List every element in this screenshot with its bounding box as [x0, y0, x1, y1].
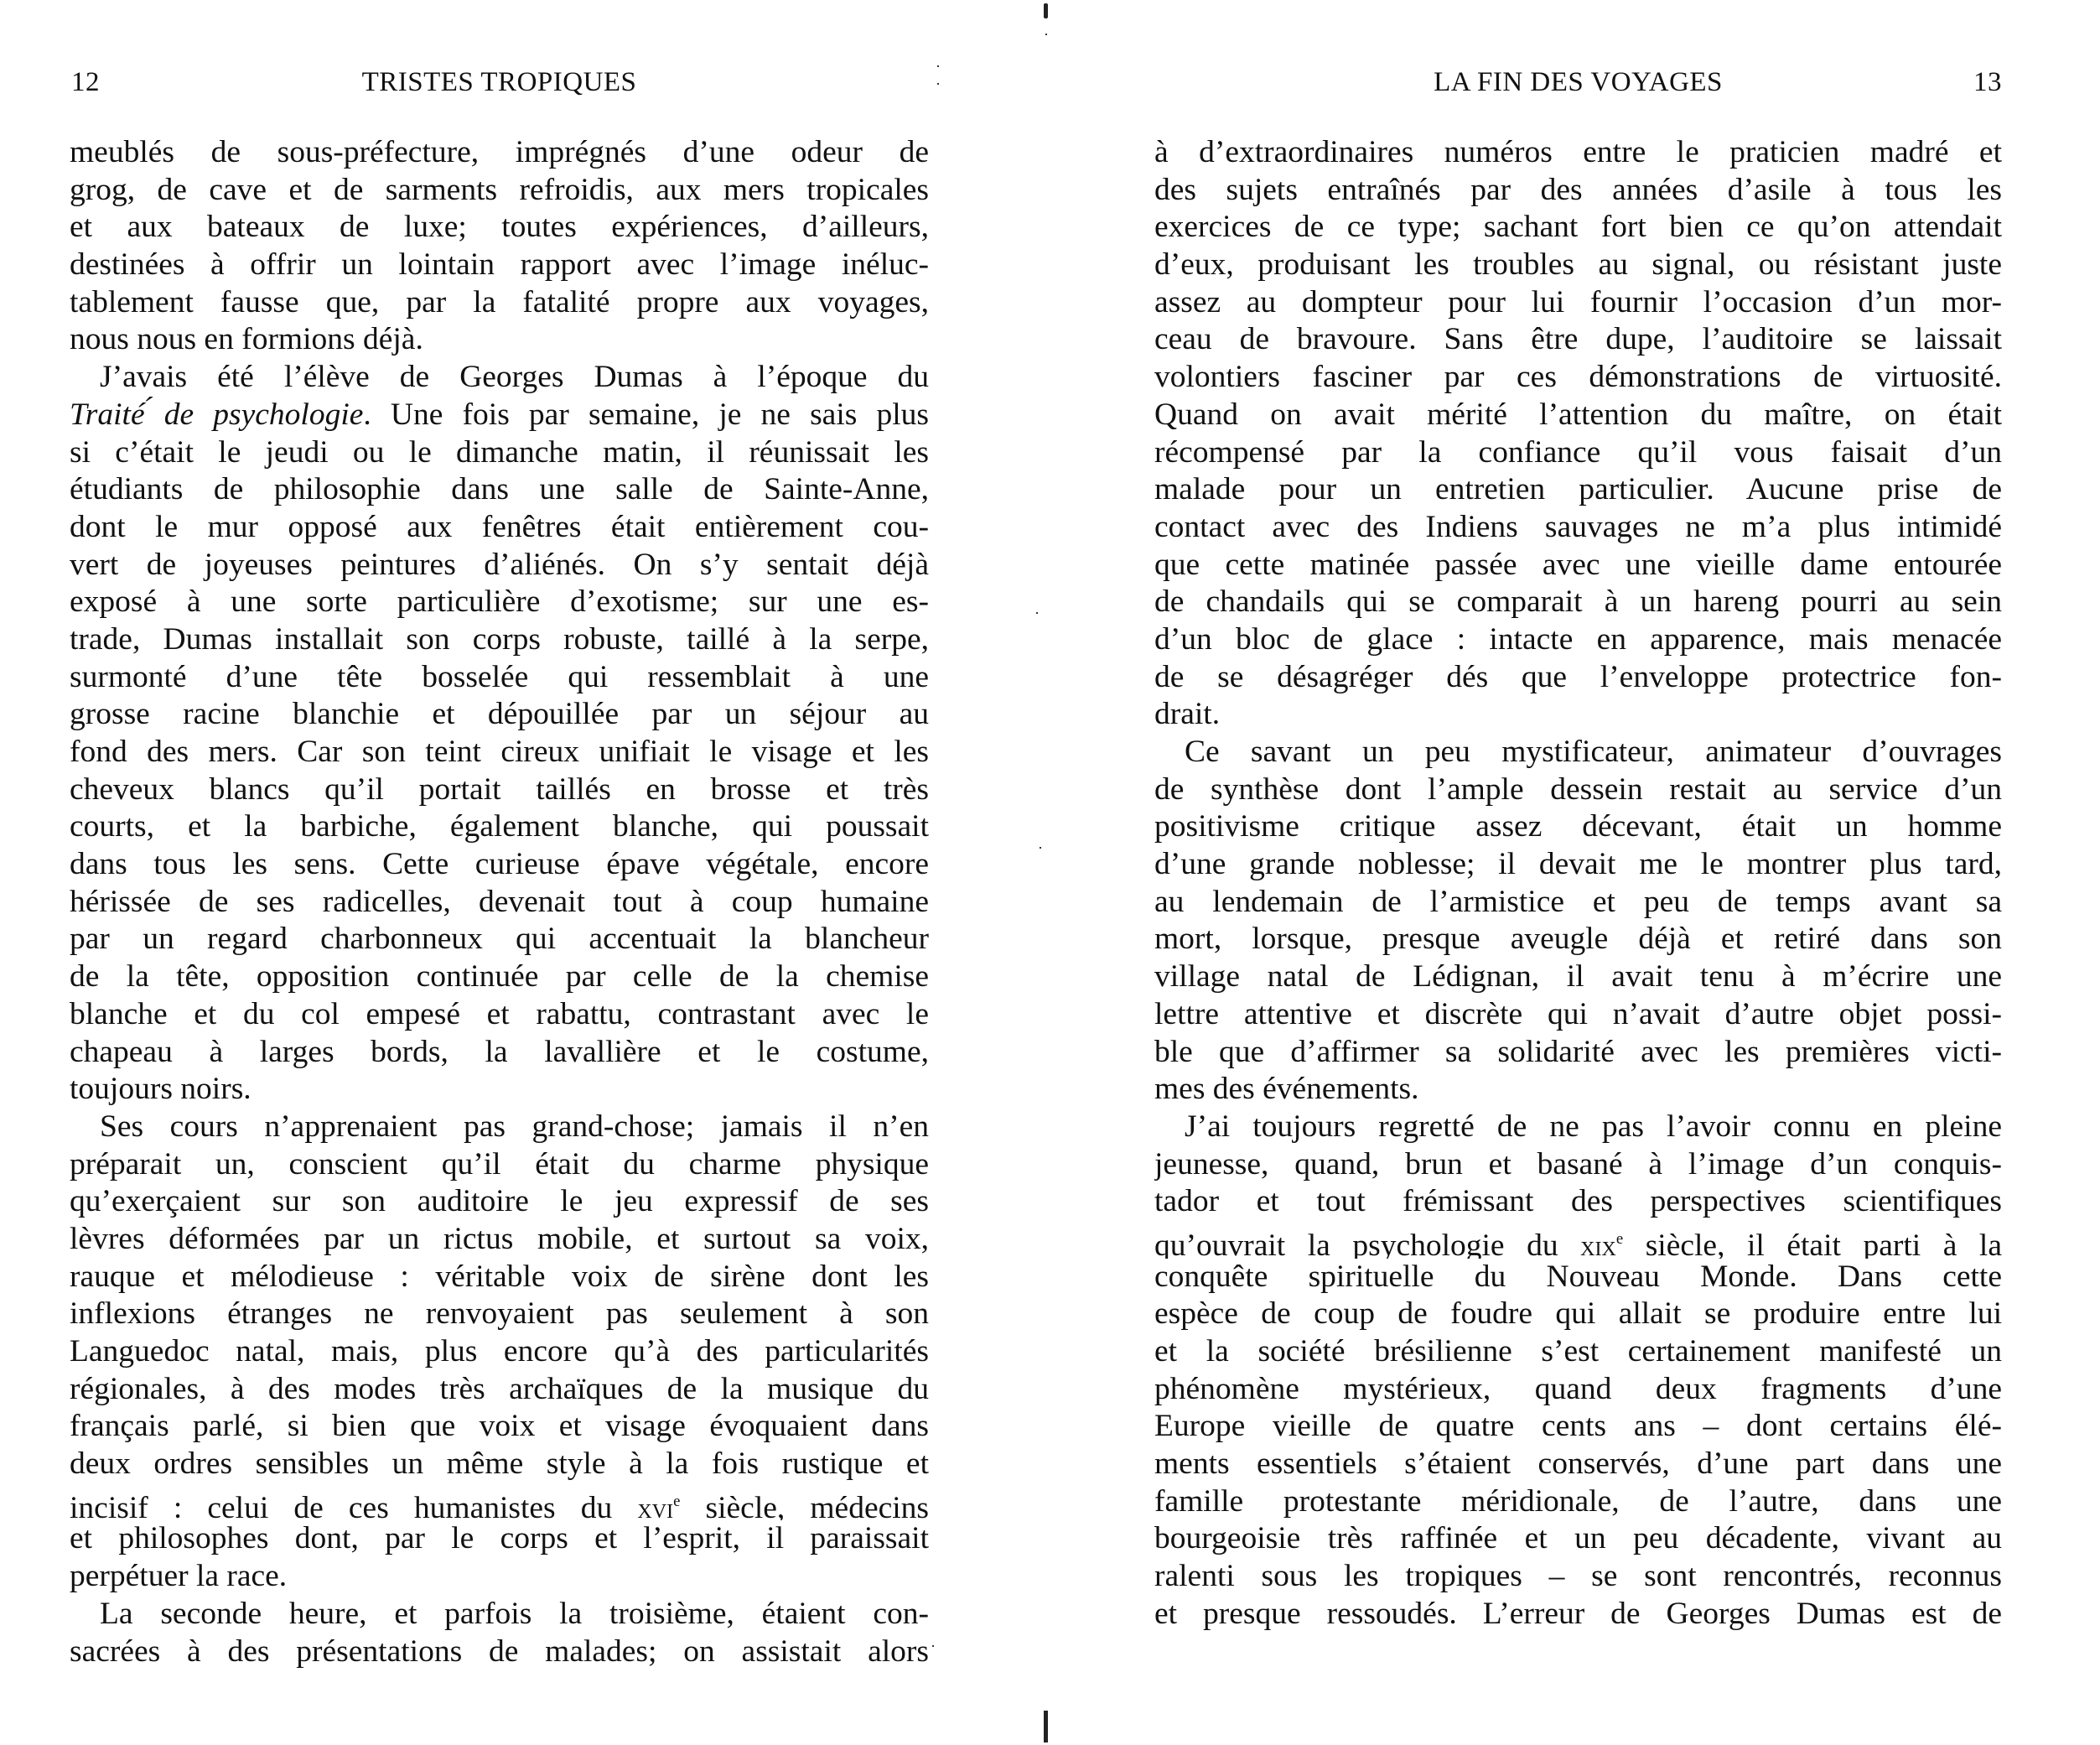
text-line: phénomène mystérieux, quand deux fragmen… [1154, 1371, 2002, 1409]
text-line: préparait un, conscient qu’il était du c… [70, 1146, 929, 1184]
text-line: récompensé par la confiance qu’il vous f… [1154, 434, 2002, 472]
text-run: positivisme critique assez décevant, éta… [1154, 809, 2002, 844]
text-run: qu’ouvrait la psychologie du [1154, 1228, 1580, 1259]
text-run: contact avec des Indiens sauvages ne m’a… [1154, 510, 2002, 544]
text-line: vert de joyeuses peintures d’aliénés. On… [70, 547, 929, 584]
text-line: Ce savant un peu mystificateur, animateu… [1154, 734, 2002, 771]
text-line: inflexions étranges ne renvoyaient pas s… [70, 1296, 929, 1333]
text-line: exercices de ce type; sachant fort bien … [1154, 209, 2002, 247]
text-sup: e [1616, 1230, 1623, 1248]
text-run: tablement fausse que, par la fatalité pr… [70, 285, 929, 319]
text-line: volontiers fasciner par ces démonstratio… [1154, 359, 2002, 397]
running-title: LA FIN DES VOYAGES [1154, 67, 2002, 98]
text-run: exercices de ce type; sachant fort bien … [1154, 210, 2002, 244]
text-run: siècle, il était parti à la [1623, 1228, 2002, 1259]
text-line: surmonté d’une tête bosselée qui ressemb… [70, 659, 929, 697]
text-line: et philosophes dont, par le corps et l’e… [70, 1520, 929, 1558]
text-run: ceau de bravoure. Sans être dupe, l’audi… [1154, 322, 2002, 356]
text-line: des sujets entraînés par des années d’as… [1154, 172, 2002, 210]
text-run: meublés de sous-préfecture, imprégnés d’… [70, 135, 929, 169]
text-line: assez au dompteur pour lui fournir l’occ… [1154, 284, 2002, 322]
text-line: sacrées à des présentations de malades; … [70, 1633, 929, 1671]
gutter-mark-top [1044, 3, 1048, 18]
text-run: lettre attentive et discrète qui n’avait… [1154, 997, 2002, 1031]
text-line: ceau de bravoure. Sans être dupe, l’audi… [1154, 321, 2002, 359]
text-run: Quand on avait mérité l’attention du maî… [1154, 397, 2002, 432]
text-line: bourgeoisie très raffinée et un peu déca… [1154, 1520, 2002, 1558]
text-run: conquête spirituelle du Nouveau Monde. D… [1154, 1259, 2002, 1294]
text-run: chapeau à larges bords, la lavallière et… [70, 1035, 929, 1069]
text-run: des sujets entraînés par des années d’as… [1154, 173, 2002, 207]
text-run: d’eux, produisant les troubles au signal… [1154, 247, 2002, 282]
text-line: lettre attentive et discrète qui n’avait… [1154, 996, 2002, 1034]
text-run: phénomène mystérieux, quand deux fragmen… [1154, 1372, 2002, 1406]
scan-speck [937, 65, 939, 67]
text-run: siècle, médecins [680, 1491, 929, 1521]
text-line: de la tête, opposition continuée par cel… [70, 958, 929, 996]
text-run: qu’exerçaient sur son auditoire le jeu e… [70, 1184, 929, 1218]
text-run: fond des mers. Car son teint cireux unif… [70, 735, 929, 769]
text-line: famille protestante méridionale, de l’au… [1154, 1483, 2002, 1521]
body-text: meublés de sous-préfecture, imprégnés d’… [70, 134, 929, 1670]
text-run: et la société brésilienne s’est certaine… [1154, 1334, 2002, 1368]
text-line: et la société brésilienne s’est certaine… [1154, 1333, 2002, 1371]
text-line: Traité ́de psychologie. Une fois par sem… [70, 397, 929, 434]
text-run: français parlé, si bien que voix et visa… [70, 1409, 929, 1443]
text-run: mort, lorsque, presque aveugle déjà et r… [1154, 922, 2002, 956]
left-page: 12 TRISTES TROPIQUES meublés de sous-pré… [70, 0, 929, 1745]
text-line: fond des mers. Car son teint cireux unif… [70, 734, 929, 771]
text-run: de la tête, opposition continuée par cel… [70, 959, 929, 994]
text-line: village natal de Lédignan, il avait tenu… [1154, 958, 2002, 996]
text-line: blanche et du col empesé et rabattu, con… [70, 996, 929, 1034]
text-run: village natal de Lédignan, il avait tenu… [1154, 959, 2002, 994]
running-head-left: 12 TRISTES TROPIQUES [70, 67, 929, 101]
text-line: meublés de sous-préfecture, imprégnés d’… [70, 134, 929, 172]
text-line: d’un bloc de glace : intacte en apparenc… [1154, 621, 2002, 659]
text-run: assez au dompteur pour lui fournir l’occ… [1154, 285, 2002, 319]
text-line: Quand on avait mérité l’attention du maî… [1154, 397, 2002, 434]
text-run: Ses cours n’apprenaient pas grand-chose;… [100, 1109, 929, 1144]
text-line: d’une grande noblesse; il devait me le m… [1154, 846, 2002, 884]
text-run: surmonté d’une tête bosselée qui ressemb… [70, 660, 929, 694]
text-line: destinées à offrir un lointain rapport a… [70, 247, 929, 284]
text-line: et presque ressoudés. L’erreur de George… [1154, 1596, 2002, 1633]
text-line: malade pour un entretien particulier. Au… [1154, 471, 2002, 509]
text-run: blanche et du col empesé et rabattu, con… [70, 997, 929, 1031]
body-text: à d’extraordinaires numéros entre le pra… [1154, 134, 2002, 1633]
text-run: et aux bateaux de luxe; toutes expérienc… [70, 210, 929, 244]
text-line: hérissée de ses radicelles, devenait tou… [70, 884, 929, 922]
text-run: grog, de cave et de sarments refroidis, … [70, 173, 929, 207]
text-line: qu’ouvrait la psychologie du xixe siècle… [1154, 1221, 2002, 1259]
text-line: mes des événements. [1154, 1071, 2002, 1109]
text-run: destinées à offrir un lointain rapport a… [70, 247, 929, 282]
text-run: rauque et mélodieuse : véritable voix de… [70, 1259, 929, 1294]
text-run: lèvres déformées par un rictus mobile, e… [70, 1222, 929, 1256]
text-run: perpétuer la race. [70, 1559, 287, 1593]
scan-speck [1040, 847, 1041, 849]
text-run: vert de joyeuses peintures d’aliénés. On… [70, 548, 929, 582]
text-line: rauque et mélodieuse : véritable voix de… [70, 1259, 929, 1296]
text-line: J’ai toujours regretté de ne pas l’avoir… [1154, 1109, 2002, 1146]
text-run: grosse racine blanchie et dépouillée par… [70, 697, 929, 731]
text-line: si c’était le jeudi ou le dimanche matin… [70, 434, 929, 472]
text-run: famille protestante méridionale, de l’au… [1154, 1484, 2002, 1519]
text-line: et aux bateaux de luxe; toutes expérienc… [70, 209, 929, 247]
text-line: drait. [1154, 696, 2002, 734]
text-run: de se désagréger dés que l’enveloppe pro… [1154, 660, 2002, 694]
text-line: grog, de cave et de sarments refroidis, … [70, 172, 929, 210]
text-line: tablement fausse que, par la fatalité pr… [70, 284, 929, 322]
text-run: récompensé par la confiance qu’il vous f… [1154, 435, 2002, 470]
text-run: jeunesse, quand, brun et basané à l’imag… [1154, 1147, 2002, 1182]
text-line: ralenti sous les tropiques – se sont ren… [1154, 1558, 2002, 1596]
text-run: d’une grande noblesse; il devait me le m… [1154, 847, 2002, 881]
text-run: dans tous les sens. Cette curieuse épave… [70, 847, 929, 881]
text-line: mort, lorsque, presque aveugle déjà et r… [1154, 921, 2002, 958]
text-line: ble que d’affirmer sa solidarité avec le… [1154, 1034, 2002, 1072]
text-run: . Une fois par semaine, je ne sais plus [363, 397, 929, 432]
scan-speck [937, 83, 939, 85]
text-run: toujours noirs. [70, 1072, 251, 1106]
text-line: contact avec des Indiens sauvages ne m’a… [1154, 509, 2002, 547]
text-run: ralenti sous les tropiques – se sont ren… [1154, 1559, 2002, 1593]
text-run: courts, et la barbiche, également blanch… [70, 809, 929, 844]
text-line: ments essentiels s’étaient conservés, d’… [1154, 1446, 2002, 1483]
text-line: deux ordres sensibles un même style à la… [70, 1446, 929, 1483]
text-run: au lendemain de l’armistice et peu de te… [1154, 885, 2002, 919]
text-line: de chandails qui se comparait à un haren… [1154, 584, 2002, 621]
text-line: étudiants de philosophie dans une salle … [70, 471, 929, 509]
running-head-right: LA FIN DES VOYAGES 13 [1154, 67, 2002, 101]
text-run: ments essentiels s’étaient conservés, d’… [1154, 1446, 2002, 1481]
text-run: La seconde heure, et parfois la troisièm… [100, 1597, 929, 1631]
text-italic: Traité ́de psychologie [70, 397, 363, 432]
text-run: étudiants de philosophie dans une salle … [70, 472, 929, 506]
text-line: d’eux, produisant les troubles au signal… [1154, 247, 2002, 284]
text-run: inflexions étranges ne renvoyaient pas s… [70, 1296, 929, 1331]
text-line: Europe vieille de quatre cents ans – don… [1154, 1408, 2002, 1446]
text-run: à d’extraordinaires numéros entre le pra… [1154, 135, 2002, 169]
text-line: incisif : celui de ces humanistes du xvi… [70, 1483, 929, 1521]
text-line: exposé à une sorte particulière d’exotis… [70, 584, 929, 621]
text-line: au lendemain de l’armistice et peu de te… [1154, 884, 2002, 922]
text-line: dont le mur opposé aux fenêtres était en… [70, 509, 929, 547]
text-run: préparait un, conscient qu’il était du c… [70, 1147, 929, 1182]
text-line: positivisme critique assez décevant, éta… [1154, 808, 2002, 846]
scan-speck [1036, 612, 1038, 614]
text-run: hérissée de ses radicelles, devenait tou… [70, 885, 929, 919]
text-run: incisif : celui de ces humanistes du [70, 1491, 637, 1521]
text-line: perpétuer la race. [70, 1558, 929, 1596]
text-line: cheveux blancs qu’il portait taillés en … [70, 771, 929, 809]
text-run: de synthèse dont l’ample dessein restait… [1154, 772, 2002, 807]
text-run: de chandails qui se comparait à un haren… [1154, 584, 2002, 619]
text-run: drait. [1154, 697, 1220, 731]
text-line: Languedoc natal, mais, plus encore qu’à … [70, 1333, 929, 1371]
scan-speck [1045, 34, 1047, 35]
text-line: J’avais été l’élève de Georges Dumas à l… [70, 359, 929, 397]
text-run: J’ai toujours regretté de ne pas l’avoir… [1185, 1109, 2002, 1144]
running-title: TRISTES TROPIQUES [70, 67, 929, 98]
text-run: si c’était le jeudi ou le dimanche matin… [70, 435, 929, 470]
text-run: bourgeoisie très raffinée et un peu déca… [1154, 1521, 2002, 1555]
text-run: sacrées à des présentations de malades; … [70, 1634, 929, 1669]
text-line: régionales, à des modes très archaïques … [70, 1371, 929, 1409]
text-run: ble que d’affirmer sa solidarité avec le… [1154, 1035, 2002, 1069]
text-line: français parlé, si bien que voix et visa… [70, 1408, 929, 1446]
text-line: tador et tout frémissant des perspective… [1154, 1183, 2002, 1221]
text-run: trade, Dumas installait son corps robust… [70, 622, 929, 657]
text-run: d’un bloc de glace : intacte en apparenc… [1154, 622, 2002, 657]
text-run: Europe vieille de quatre cents ans – don… [1154, 1409, 2002, 1443]
text-run: dont le mur opposé aux fenêtres était en… [70, 510, 929, 544]
text-line: par un regard charbonneux qui accentuait… [70, 921, 929, 958]
text-line: nous nous en formions déjà. [70, 321, 929, 359]
text-line: à d’extraordinaires numéros entre le pra… [1154, 134, 2002, 172]
text-run: que cette matinée passée avec une vieill… [1154, 548, 2002, 582]
text-line: trade, Dumas installait son corps robust… [70, 621, 929, 659]
text-run: malade pour un entretien particulier. Au… [1154, 472, 2002, 506]
text-line: Ses cours n’apprenaient pas grand-chose;… [70, 1109, 929, 1146]
text-line: lèvres déformées par un rictus mobile, e… [70, 1221, 929, 1259]
text-line: grosse racine blanchie et dépouillée par… [70, 696, 929, 734]
text-run: mes des événements. [1154, 1072, 1419, 1106]
text-line: que cette matinée passée avec une vieill… [1154, 547, 2002, 584]
text-run: et philosophes dont, par le corps et l’e… [70, 1521, 929, 1555]
text-line: espèce de coup de foudre qui allait se p… [1154, 1296, 2002, 1333]
text-run: et presque ressoudés. L’erreur de George… [1154, 1597, 2002, 1631]
text-run: J’avais été l’élève de Georges Dumas à l… [100, 360, 929, 394]
text-run: volontiers fasciner par ces démonstratio… [1154, 360, 2002, 394]
text-run: nous nous en formions déjà. [70, 322, 423, 356]
text-line: jeunesse, quand, brun et basané à l’imag… [1154, 1146, 2002, 1184]
text-line: toujours noirs. [70, 1071, 929, 1109]
text-run: exposé à une sorte particulière d’exotis… [70, 584, 929, 619]
gutter-mark-bottom [1044, 1711, 1048, 1742]
text-run: par un regard charbonneux qui accentuait… [70, 922, 929, 956]
page-number: 13 [1973, 67, 2002, 98]
text-run: deux ordres sensibles un même style à la… [70, 1446, 929, 1481]
text-line: qu’exerçaient sur son auditoire le jeu e… [70, 1183, 929, 1221]
text-run: Languedoc natal, mais, plus encore qu’à … [70, 1334, 929, 1368]
text-line: de synthèse dont l’ample dessein restait… [1154, 771, 2002, 809]
text-line: dans tous les sens. Cette curieuse épave… [70, 846, 929, 884]
text-line: chapeau à larges bords, la lavallière et… [70, 1034, 929, 1072]
text-run: Ce savant un peu mystificateur, animateu… [1185, 735, 2002, 769]
text-run: régionales, à des modes très archaïques … [70, 1372, 929, 1406]
right-page: LA FIN DES VOYAGES 13 à d’extraordinaire… [1154, 0, 2002, 1745]
text-run: cheveux blancs qu’il portait taillés en … [70, 772, 929, 807]
text-run: tador et tout frémissant des perspective… [1154, 1184, 2002, 1218]
text-smallcaps: xix [1580, 1231, 1616, 1259]
text-smallcaps: xvi [637, 1493, 673, 1521]
text-line: conquête spirituelle du Nouveau Monde. D… [1154, 1259, 2002, 1296]
scan-speck [932, 1645, 934, 1647]
text-run: espèce de coup de foudre qui allait se p… [1154, 1296, 2002, 1331]
text-line: courts, et la barbiche, également blanch… [70, 808, 929, 846]
text-line: de se désagréger dés que l’enveloppe pro… [1154, 659, 2002, 697]
text-line: La seconde heure, et parfois la troisièm… [70, 1596, 929, 1633]
